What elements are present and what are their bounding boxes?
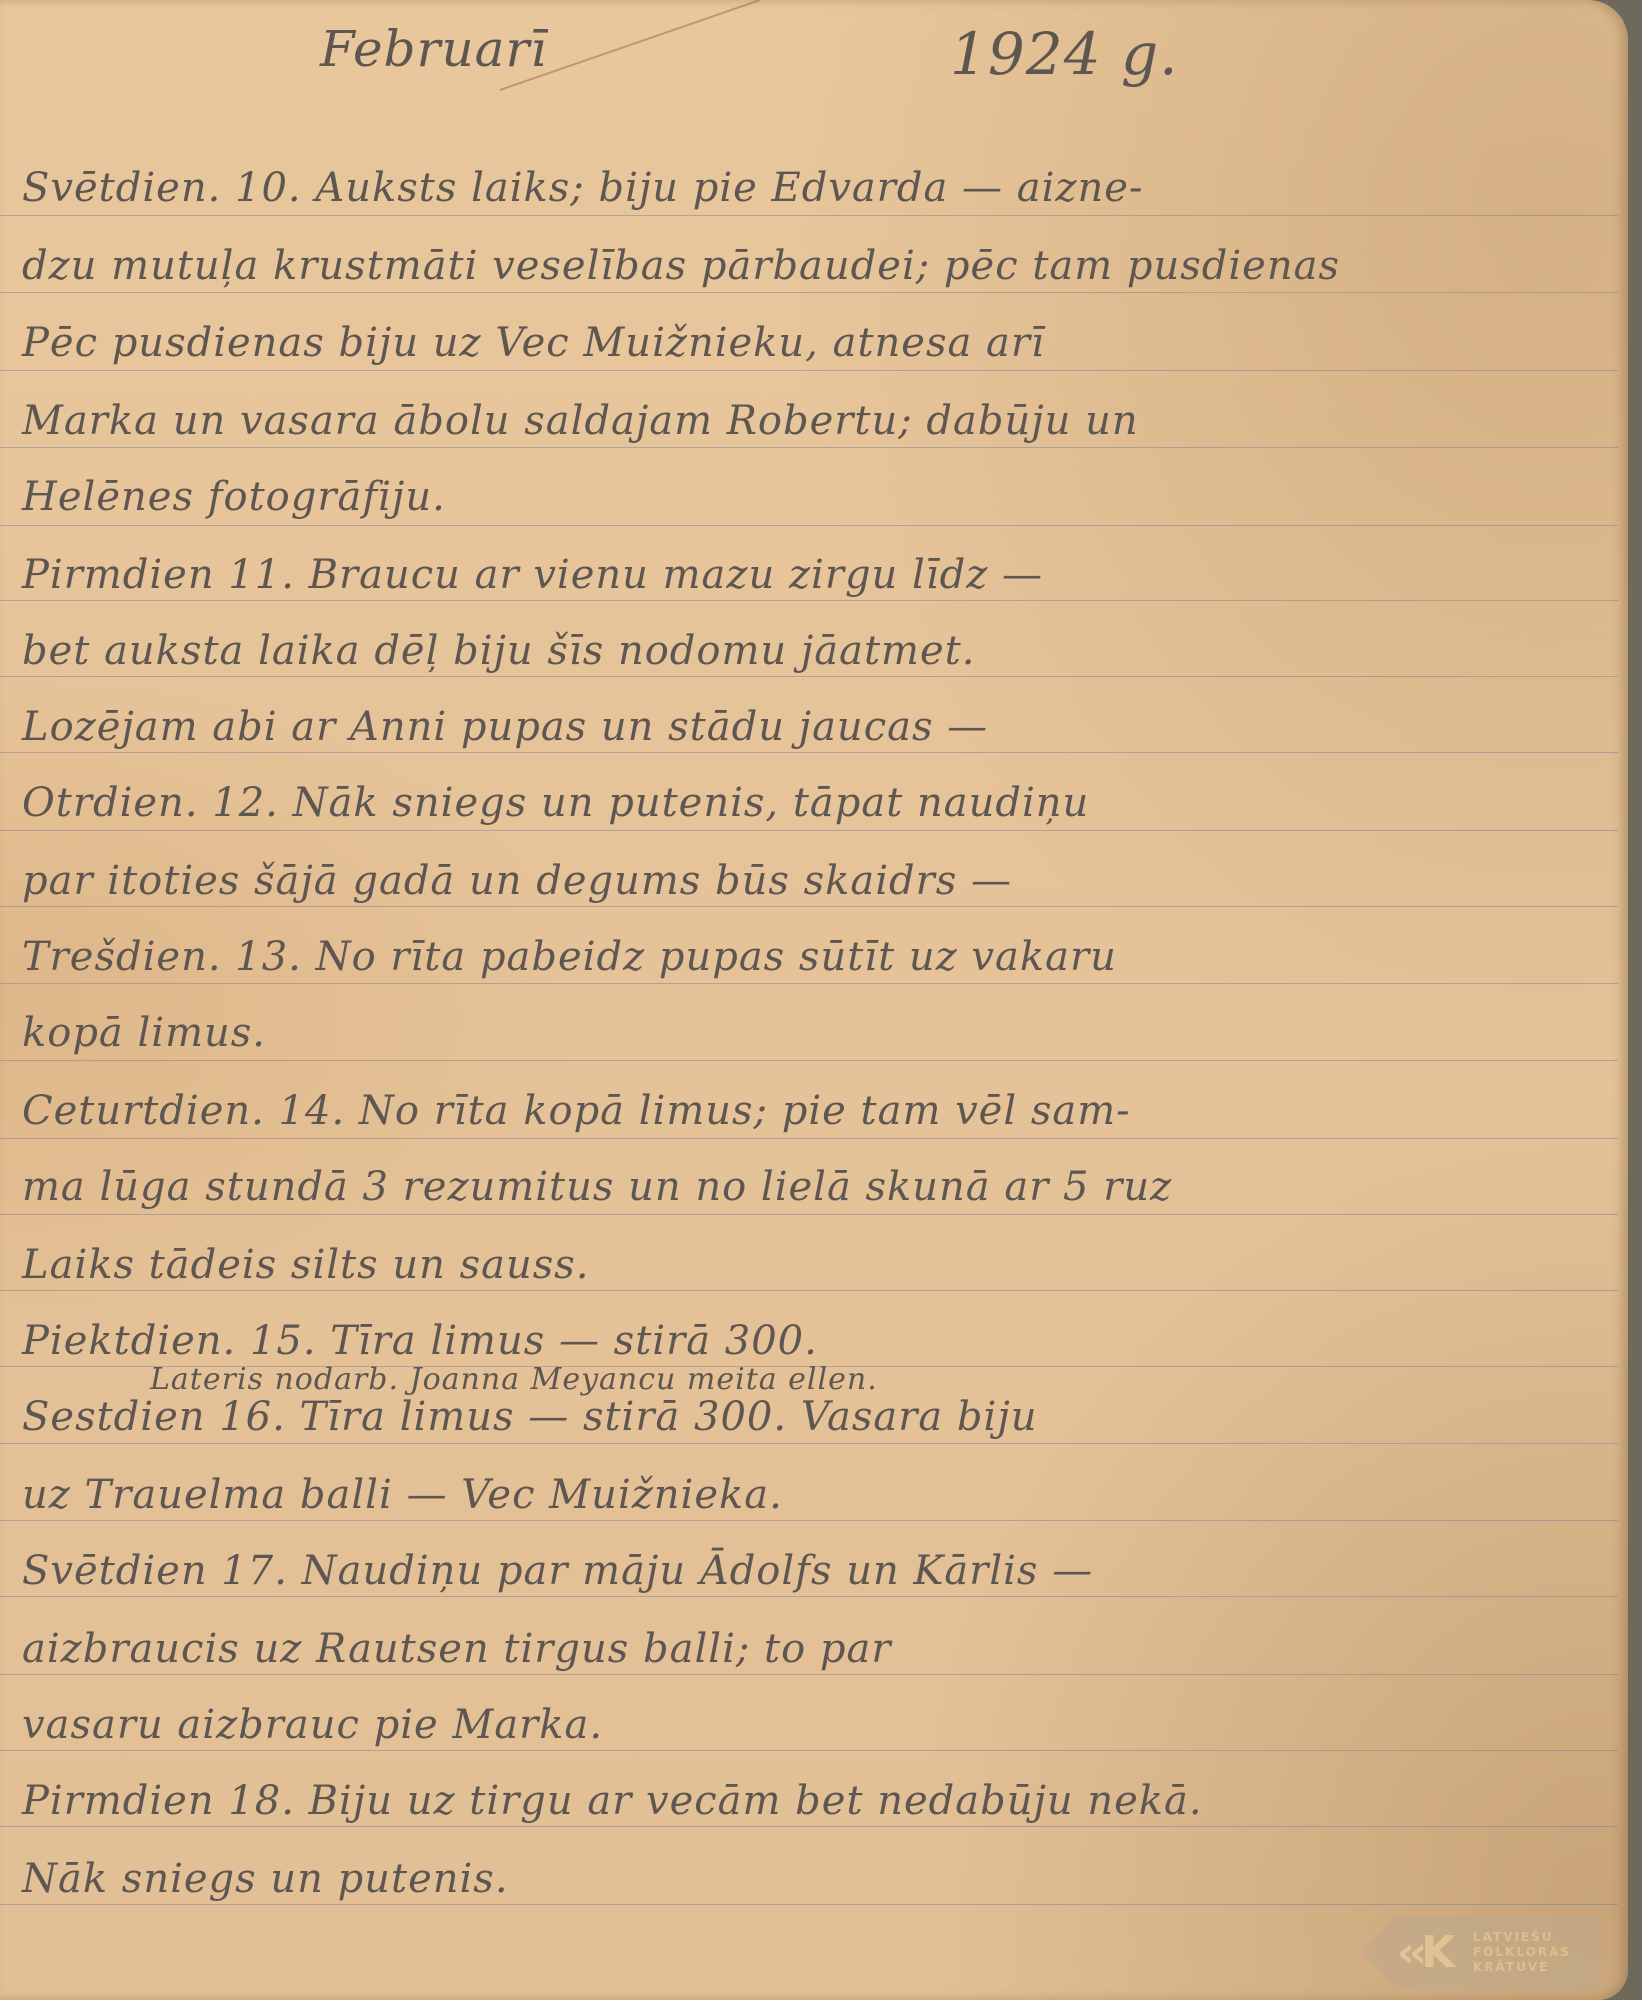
diary-line: bet auksta laika dēļ biju šīs nodomu jāa… bbox=[22, 628, 975, 674]
ruled-line bbox=[0, 676, 1618, 677]
diary-line: uz Trauelma balli — Vec Muižnieka. bbox=[22, 1472, 783, 1518]
diary-line: par itoties šājā gadā un degums būs skai… bbox=[22, 858, 1012, 904]
diary-line: Laiks tādeis silts un sauss. bbox=[22, 1242, 590, 1288]
diary-line: Nāk sniegs un putenis. bbox=[22, 1856, 509, 1902]
diary-line: Piektdien. 15. Tīra limus — stirā 300. bbox=[22, 1318, 818, 1364]
ruled-line bbox=[0, 1520, 1618, 1521]
diary-line: Ceturtdien. 14. No rīta kopā limus; pie … bbox=[22, 1088, 1131, 1134]
ruled-line bbox=[0, 1596, 1618, 1597]
ruled-line bbox=[0, 752, 1618, 753]
ruled-line bbox=[0, 1290, 1618, 1291]
lfk-logo-icon: ‹‹K bbox=[1373, 1927, 1473, 1978]
ruled-line bbox=[0, 1904, 1618, 1905]
ruled-line bbox=[0, 600, 1618, 601]
diary-line: Sestdien 16. Tīra limus — stirā 300. Vas… bbox=[22, 1394, 1037, 1440]
diary-line: Pirmdien 11. Braucu ar vienu mazu zirgu … bbox=[22, 552, 1043, 598]
diary-line: dzu mutuļa krustmāti veselības pārbaudei… bbox=[22, 243, 1340, 289]
diary-line: Svētdien 17. Naudiņu par māju Ādolfs un … bbox=[22, 1548, 1093, 1594]
ruled-line bbox=[0, 1443, 1618, 1444]
diary-line: Helēnes fotogrāfiju. bbox=[22, 474, 446, 520]
interlinear-note: Lateris nodarb. Joanna Meyancu meita ell… bbox=[150, 1362, 878, 1397]
diary-line: Pirmdien 18. Biju uz tirgu ar vecām bet … bbox=[22, 1778, 1203, 1824]
diary-page: Februarī 1924 g. Svētdien. 10. Auksts la… bbox=[0, 0, 1628, 2000]
ruled-line bbox=[0, 370, 1618, 371]
diary-line: Pēc pusdienas biju uz Vec Muižnieku, atn… bbox=[22, 320, 1045, 366]
diary-line: kopā limus. bbox=[22, 1010, 266, 1056]
ruled-line bbox=[0, 292, 1618, 293]
ruled-line bbox=[0, 830, 1618, 831]
diary-line: aizbraucis uz Rautsen tirgus balli; to p… bbox=[22, 1626, 892, 1672]
diary-line: Trešdien. 13. No rīta pabeidz pupas sūtī… bbox=[22, 934, 1117, 980]
ruled-line bbox=[0, 525, 1618, 526]
header-month: Februarī bbox=[320, 20, 547, 78]
diary-line: ma lūga stundā 3 rezumitus un no lielā s… bbox=[22, 1164, 1172, 1210]
watermark-text: LATVIEŠU FOLKLORAS KRĀTUVE bbox=[1473, 1930, 1571, 1975]
header-year: 1924 g. bbox=[950, 20, 1179, 88]
diary-line: Marka un vasara ābolu saldajam Robertu; … bbox=[22, 398, 1139, 444]
ruled-line bbox=[0, 1674, 1618, 1675]
ruled-line bbox=[0, 906, 1618, 907]
ruled-line bbox=[0, 1826, 1618, 1827]
ruled-line bbox=[0, 1138, 1618, 1139]
archive-watermark: ‹‹K LATVIEŠU FOLKLORAS KRĀTUVE bbox=[1363, 1916, 1598, 1988]
diary-line: Lozējam abi ar Anni pupas un stādu jauca… bbox=[22, 704, 988, 750]
ink-stroke-decoration bbox=[0, 0, 1642, 2000]
ruled-line bbox=[0, 1750, 1618, 1751]
diary-line: vasaru aizbrauc pie Marka. bbox=[22, 1702, 603, 1748]
ruled-line bbox=[0, 1060, 1618, 1061]
ruled-line bbox=[0, 983, 1618, 984]
ruled-line bbox=[0, 215, 1618, 216]
diary-line: Svētdien. 10. Auksts laiks; biju pie Edv… bbox=[22, 165, 1143, 211]
diary-line: Otrdien. 12. Nāk sniegs un putenis, tāpa… bbox=[22, 780, 1089, 826]
ruled-line bbox=[0, 1214, 1618, 1215]
ruled-line bbox=[0, 447, 1618, 448]
